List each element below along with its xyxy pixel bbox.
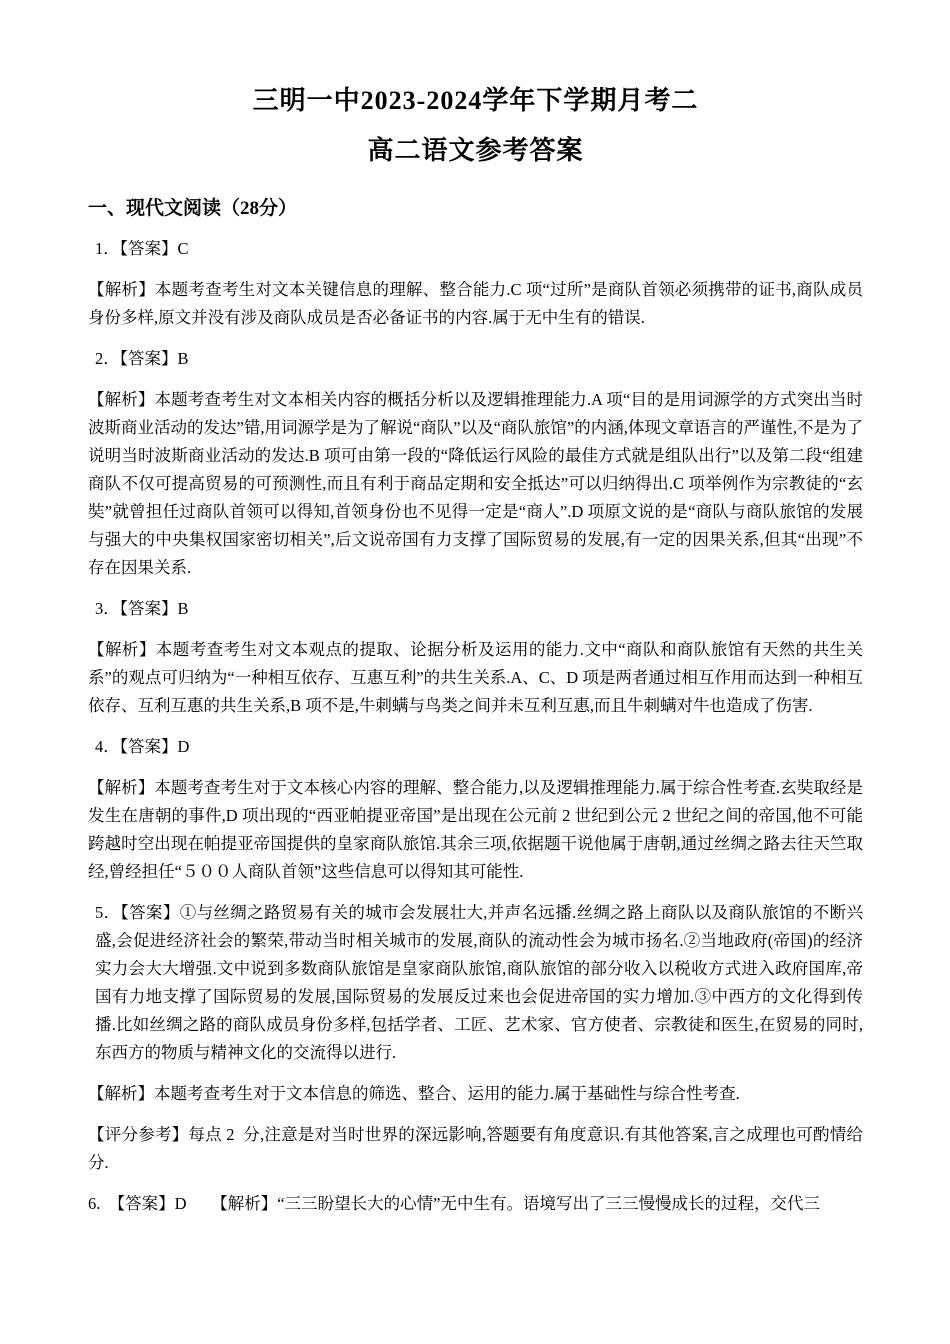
- answer-line-6-with-analysis: 6. 【答案】D 【解析】“三三盼望长大的心情”无中生有。语境写出了三三慢慢成长…: [88, 1190, 863, 1218]
- analysis-paragraph-1: 【解析】本题考查考生对文本关键信息的理解、整合能力.C 项“过所”是商队首领必须…: [88, 276, 863, 332]
- answer-line-1: 1．【答案】C: [88, 235, 863, 263]
- analysis-paragraph-3: 【解析】本题考查考生对文本观点的提取、论据分析及运用的能力.文中“商队和商队旅馆…: [88, 636, 863, 720]
- analysis-paragraph-2: 【解析】本题考查考生对文本相关内容的概括分析以及逻辑推理能力.A 项“目的是用词…: [88, 386, 863, 582]
- answer-paragraph-5: 5．【答案】①与丝绸之路贸易有关的城市会发展壮大,并声名远播.丝绸之路上商队以及…: [88, 899, 863, 1067]
- answer-line-3: 3．【答案】B: [88, 595, 863, 623]
- answer-line-4: 4．【答案】D: [88, 733, 863, 761]
- answer-line-2: 2．【答案】B: [88, 345, 863, 373]
- section-heading-modern-text-reading: 一、现代文阅读（28分）: [88, 196, 863, 222]
- exam-title: 三明一中2023-2024学年下学期月考二: [88, 84, 863, 118]
- analysis-paragraph-4: 【解析】本题考查考生对于文本核心内容的理解、整合能力,以及逻辑推理能力.属于综合…: [88, 774, 863, 886]
- answer-key-subtitle: 高二语文参考答案: [88, 134, 863, 168]
- analysis-paragraph-5: 【解析】本题考查考生对于文本信息的筛选、整合、运用的能力.属于基础性与综合性考查…: [88, 1080, 863, 1108]
- scoring-reference-paragraph: 【评分参考】每点 2 分,注意是对当时世界的深远影响,答题要有角度意识.有其他答…: [88, 1121, 863, 1177]
- document-page: 三明一中2023-2024学年下学期月考二 高二语文参考答案 一、现代文阅读（2…: [0, 0, 950, 1344]
